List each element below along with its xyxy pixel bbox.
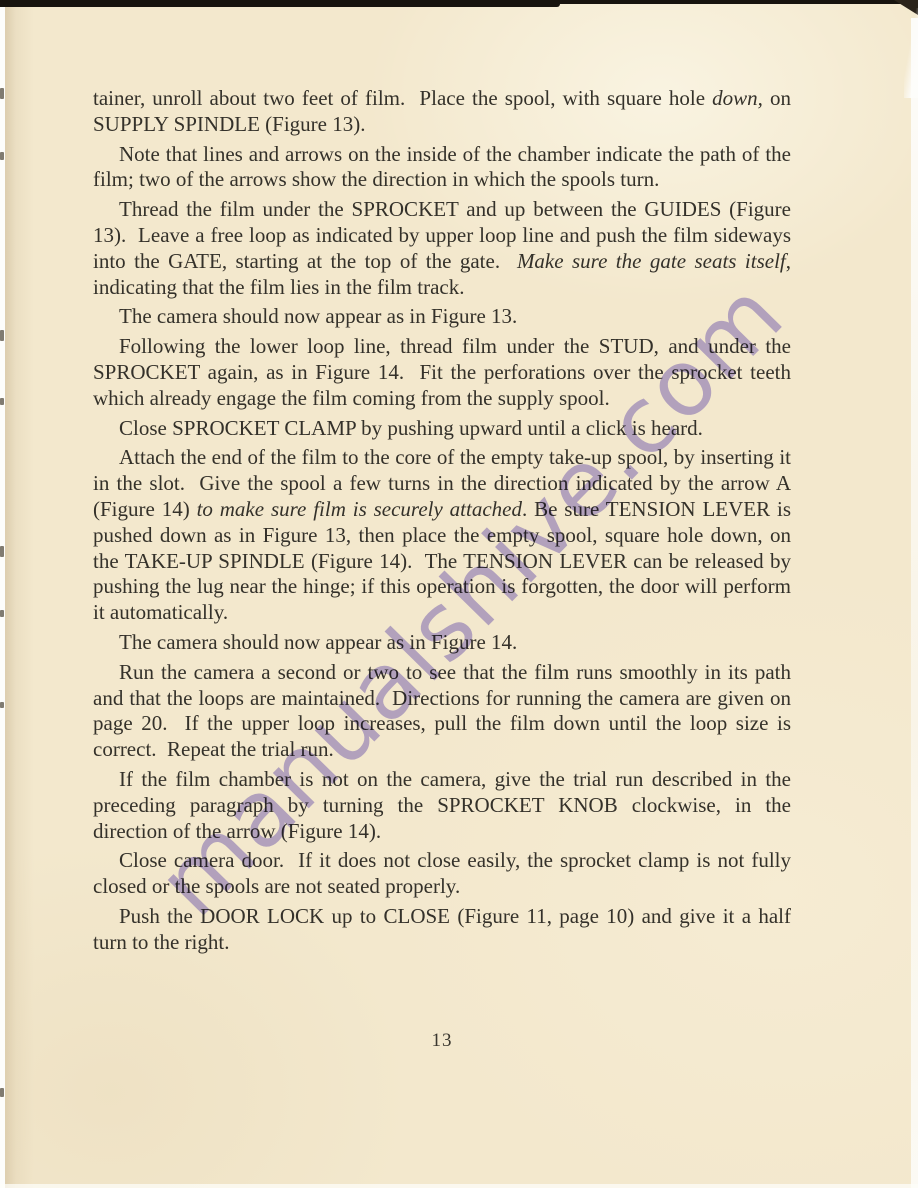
- scan-edge-left: [0, 0, 5, 1188]
- paragraph: The camera should now appear as in Figur…: [93, 304, 791, 330]
- paragraph: If the film chamber is not on the camera…: [93, 767, 791, 844]
- page-number: 13: [93, 1030, 791, 1052]
- body-text: Run the camera a second or two to see th…: [93, 660, 791, 761]
- paragraph: Close camera door. If it does not close …: [93, 848, 791, 900]
- italic-text: Make sure the gate seats itself: [517, 249, 786, 273]
- paragraph: tainer, unroll about two feet of film. P…: [93, 86, 791, 138]
- text-block: tainer, unroll about two feet of film. P…: [93, 86, 791, 960]
- scan-speck: [0, 398, 4, 405]
- scan-speck: [0, 330, 4, 341]
- italic-text: to make sure film is securely attached: [197, 497, 522, 521]
- scan-speck: [0, 546, 4, 557]
- paragraph: Push the DOOR LOCK up to CLOSE (Figure 1…: [93, 904, 791, 956]
- body-text: Note that lines and arrows on the inside…: [93, 142, 791, 192]
- body-text: Following the lower loop line, thread fi…: [93, 334, 791, 410]
- paragraph: Close SPROCKET CLAMP by pushing upward u…: [93, 416, 791, 442]
- paragraph: Attach the end of the film to the core o…: [93, 445, 791, 626]
- body-text: Push the DOOR LOCK up to CLOSE (Figure 1…: [93, 904, 791, 954]
- scan-speck: [0, 1088, 4, 1097]
- scan-speck: [0, 152, 4, 160]
- scan-corner-sliver: [904, 8, 918, 98]
- paragraph: Note that lines and arrows on the inside…: [93, 142, 791, 194]
- paragraph: Thread the film under the SPROCKET and u…: [93, 197, 791, 300]
- scanned-manual-page: { "page": { "page_number": "13", "paragr…: [0, 0, 918, 1188]
- scan-speck: [0, 88, 4, 99]
- paragraph: The camera should now appear as in Figur…: [93, 630, 791, 656]
- body-text: tainer, unroll about two feet of film. P…: [93, 86, 712, 110]
- scan-edge-bottom: [0, 1184, 918, 1188]
- body-text: The camera should now appear as in Figur…: [119, 304, 517, 328]
- paragraph: Run the camera a second or two to see th…: [93, 660, 791, 763]
- body-text: If the film chamber is not on the camera…: [93, 767, 791, 843]
- italic-text: down,: [712, 86, 763, 110]
- scan-speck: [0, 610, 4, 617]
- paragraph: Following the lower loop line, thread fi…: [93, 334, 791, 411]
- body-text: The camera should now appear as in Figur…: [119, 630, 517, 654]
- body-text: Close SPROCKET CLAMP by pushing upward u…: [119, 416, 703, 440]
- body-text: Close camera door. If it does not close …: [93, 848, 791, 898]
- scan-edge-top-thick: [0, 0, 560, 7]
- scan-speck: [0, 702, 4, 708]
- scan-edge-right: [911, 18, 918, 1188]
